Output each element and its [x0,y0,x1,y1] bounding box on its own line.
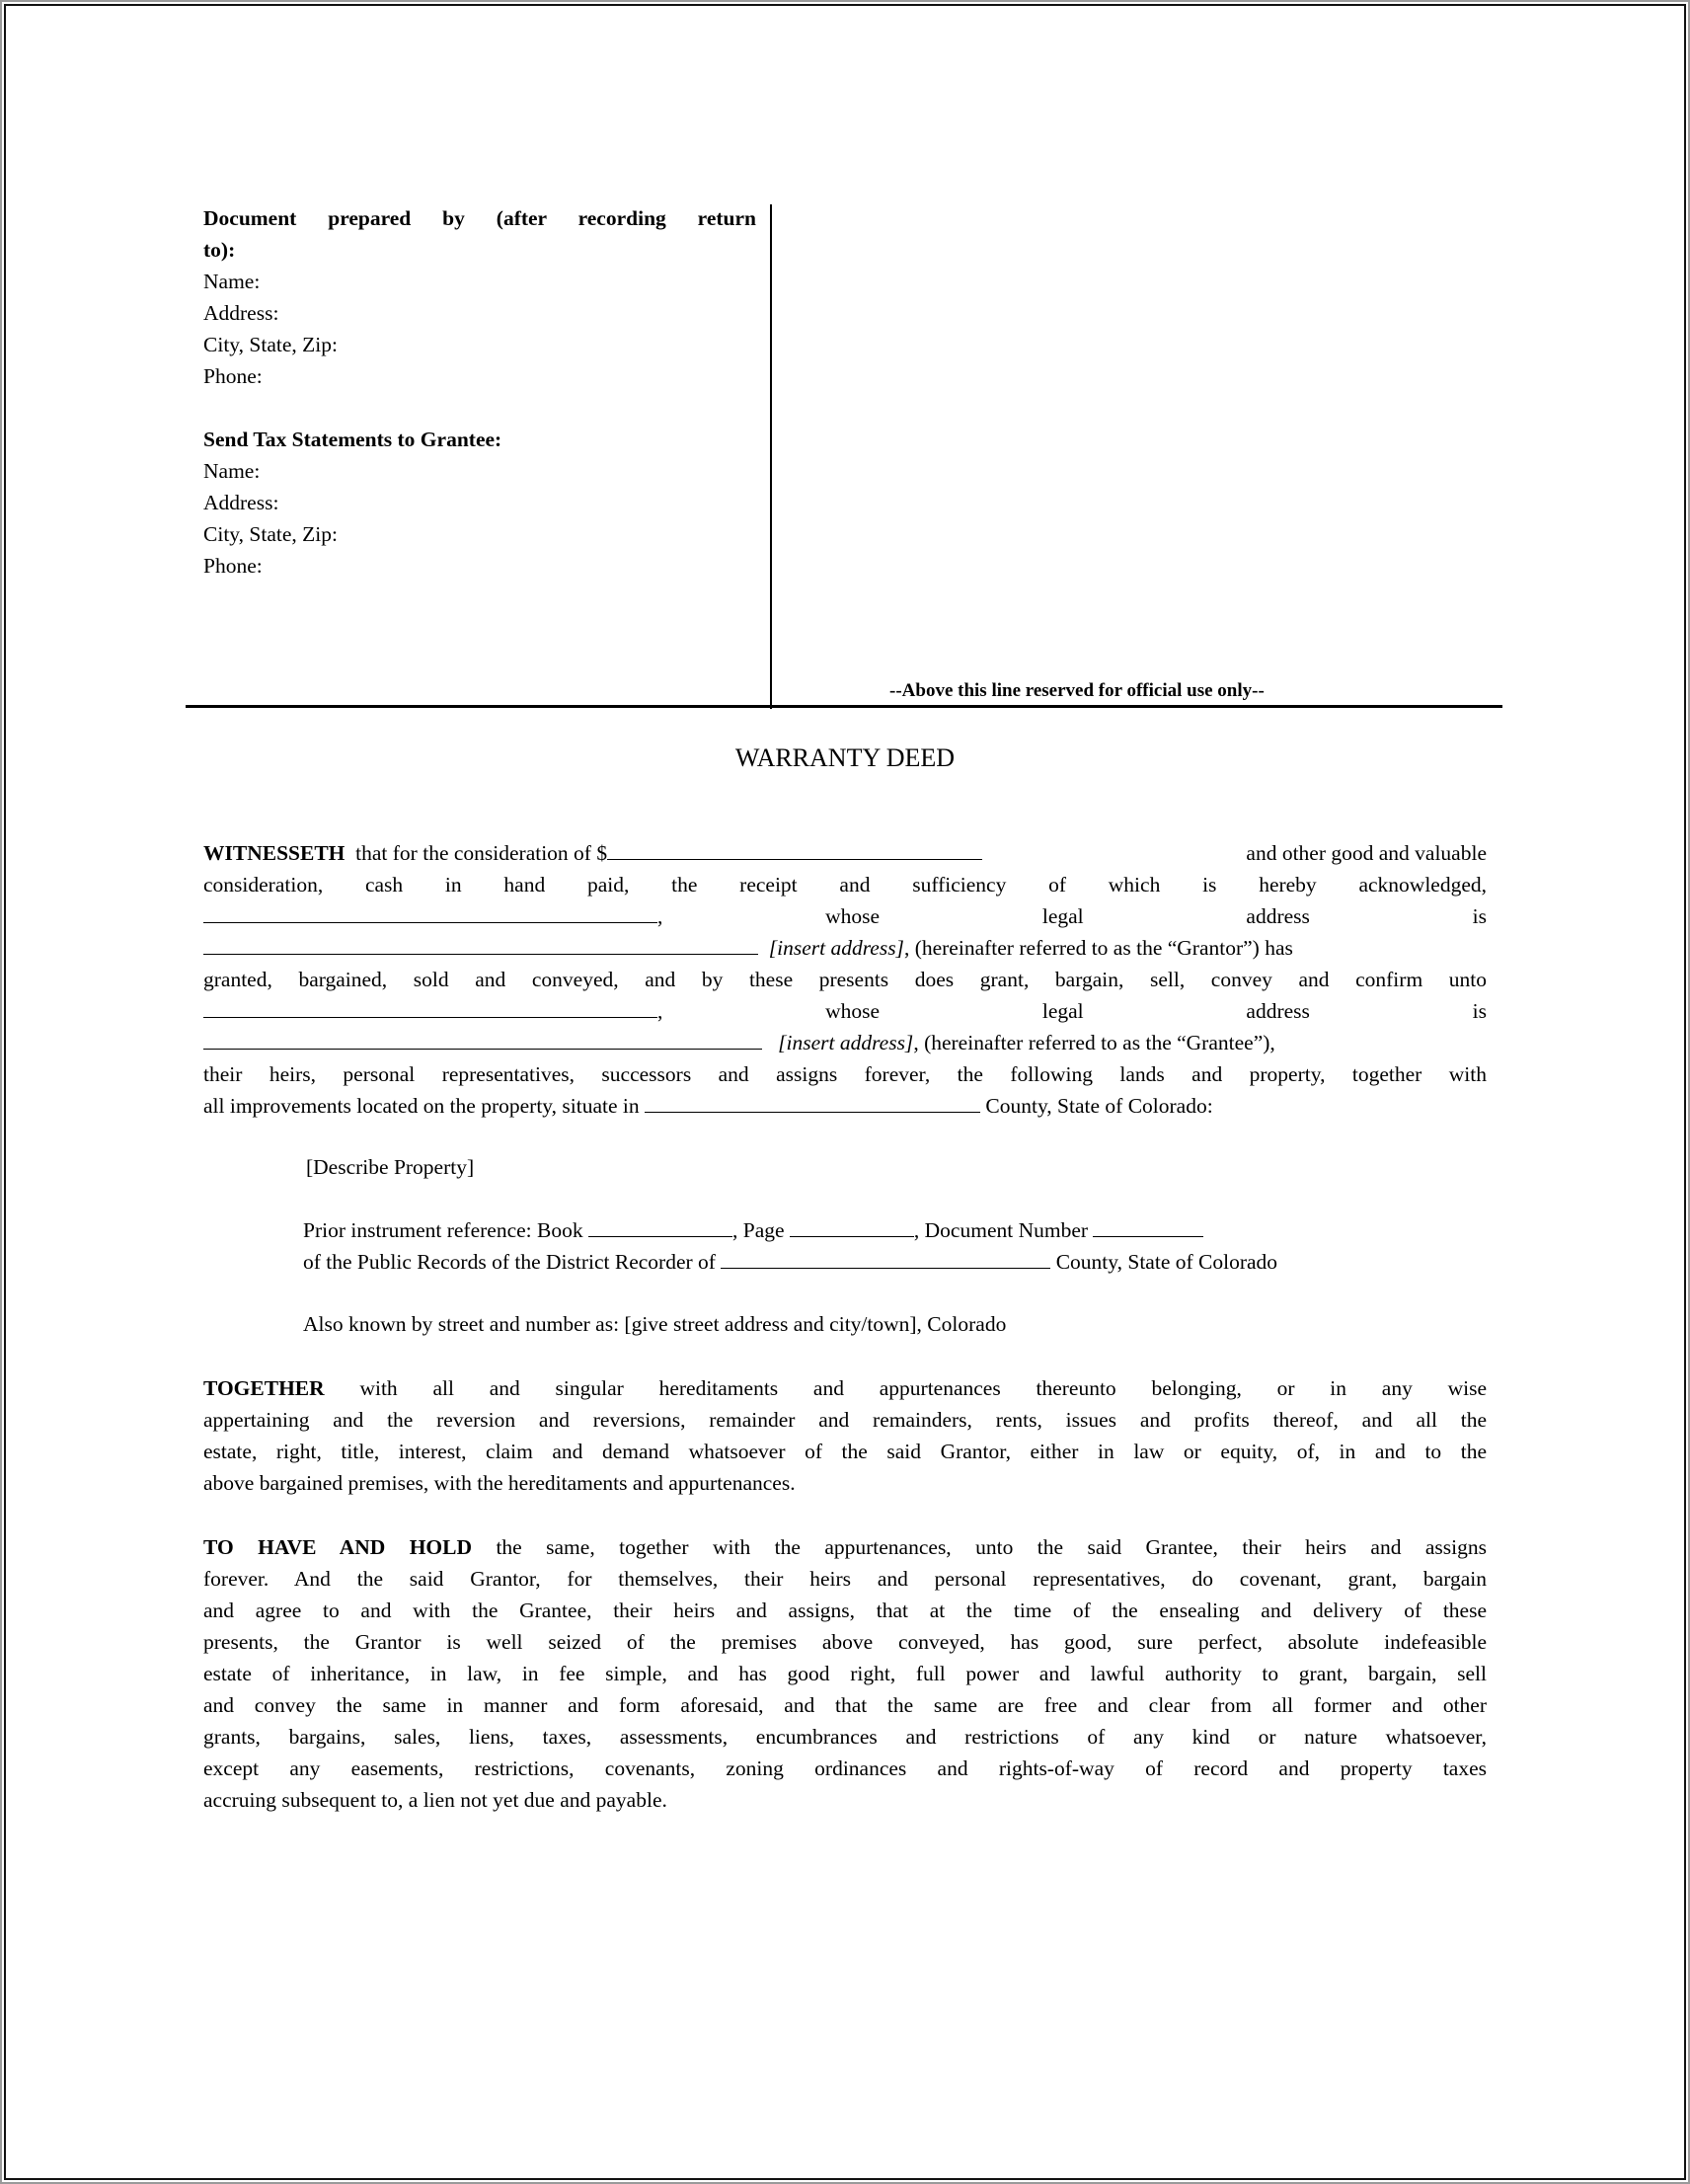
book-label: Prior instrument reference: Book [303,1218,583,1242]
habendum-line-4: presents, the Grantor is well seized of … [203,1626,1487,1658]
grantor-address-blank[interactable] [203,934,758,955]
book-blank[interactable] [588,1216,732,1237]
insert-address-placeholder: [insert address] [769,936,904,960]
page-label: , Page [732,1218,785,1242]
comma: , [657,999,662,1023]
spacer [203,392,756,424]
witnesseth-line-7: [insert address], (hereinafter referred … [203,1027,1487,1058]
grantee-address-blank[interactable] [203,1029,762,1050]
prepared-by-city-field[interactable]: City, State, Zip: [203,329,756,360]
county-state-label: County, State of Colorado: [985,1094,1212,1118]
word: legal [1042,900,1084,932]
header-vertical-divider [770,204,772,709]
habendum-line-9: accruing subsequent to, a lien not yet d… [203,1784,1487,1816]
tax-address-field[interactable]: Address: [203,487,756,518]
prepared-by-heading-cont: to): [203,234,756,266]
together-paragraph: TOGETHER with all and singular hereditam… [203,1372,1487,1499]
word: is [1473,995,1487,1027]
comma: , [657,904,662,928]
county-blank[interactable] [645,1092,980,1113]
document-number-label: , Document Number [914,1218,1088,1242]
tax-city-field[interactable]: City, State, Zip: [203,518,756,550]
tax-name-field[interactable]: Name: [203,455,756,487]
witnesseth-text: and other good and valuable [1246,837,1487,869]
word: is [1473,900,1487,932]
word: legal [1042,995,1084,1027]
tax-phone-field[interactable]: Phone: [203,550,756,582]
document-title: WARRANTY DEED [0,742,1690,774]
together-lead: TOGETHER [203,1376,325,1400]
witnesseth-line-3: , whose legal address is [203,900,1487,932]
public-records-label: of the Public Records of the District Re… [303,1250,716,1274]
together-line-1: TOGETHER with all and singular hereditam… [203,1372,1487,1404]
habendum-line-5: estate of inheritance, in law, in fee si… [203,1658,1487,1689]
county-state-label: County, State of Colorado [1056,1250,1277,1274]
insert-address-placeholder: [insert address] [778,1031,913,1054]
page-blank[interactable] [790,1216,914,1237]
situate-label: all improvements located on the property… [203,1094,640,1118]
witnesseth-line-5: granted, bargained, sold and conveyed, a… [203,964,1487,995]
together-line-4: above bargained premises, with the hered… [203,1467,1487,1499]
witnesseth-line-4: [insert address], (hereinafter referred … [203,932,1487,964]
habendum-line-6: and convey the same in manner and form a… [203,1689,1487,1721]
word: whose [825,995,880,1027]
together-line-2: appertaining and the reversion and rever… [203,1404,1487,1436]
word: address [1246,995,1309,1027]
official-use-note: --Above this line reserved for official … [889,679,1265,703]
habendum-line-1: TO HAVE AND HOLD the same, together with… [203,1531,1487,1563]
prepared-by-heading: Document prepared by (after recording re… [203,202,756,234]
also-known-as: Also known by street and number as: [giv… [303,1308,1498,1340]
word: whose [825,900,880,932]
word: address [1246,900,1309,932]
prepared-by-phone-field[interactable]: Phone: [203,360,756,392]
witnesseth-paragraph: WITNESSETH that for the consideration of… [203,837,1487,1122]
together-line-3: estate, right, title, interest, claim an… [203,1436,1487,1467]
witnesseth-line-6: , whose legal address is [203,995,1487,1027]
witnesseth-line-1: WITNESSETH that for the consideration of… [203,837,1487,869]
witnesseth-line-9: all improvements located on the property… [203,1090,1487,1122]
witnesseth-line-2: consideration, cash in hand paid, the re… [203,869,1487,900]
habendum-lead: TO HAVE AND HOLD [203,1535,472,1559]
habendum-paragraph: TO HAVE AND HOLD the same, together with… [203,1531,1487,1816]
return-address-block: Document prepared by (after recording re… [203,202,756,582]
prepared-by-name-field[interactable]: Name: [203,266,756,297]
grantee-name-blank[interactable] [203,997,657,1018]
together-text: with all and singular hereditaments and … [359,1376,1487,1400]
public-records-line: of the Public Records of the District Re… [303,1246,1498,1278]
habendum-line-2: forever. And the said Grantor, for thems… [203,1563,1487,1595]
habendum-line-7: grants, bargains, sales, liens, taxes, a… [203,1721,1487,1753]
consideration-amount-blank[interactable] [607,839,982,860]
document-number-blank[interactable] [1093,1216,1203,1237]
describe-property: [Describe Property] [306,1151,1500,1183]
prepared-by-address-field[interactable]: Address: [203,297,756,329]
tax-statements-heading: Send Tax Statements to Grantee: [203,424,756,455]
habendum-line-3: and agree to and with the Grantee, their… [203,1595,1487,1626]
recorder-county-blank[interactable] [721,1248,1050,1269]
witnesseth-line-8: their heirs, personal representatives, s… [203,1058,1487,1090]
prior-instrument-reference: Prior instrument reference: Book , Page … [303,1214,1498,1246]
habendum-line-8: except any easements, restrictions, cove… [203,1753,1487,1784]
consideration-label: that for the consideration of $ [355,841,607,865]
habendum-text: the same, together with the appurtenance… [496,1535,1487,1559]
grantor-name-blank[interactable] [203,902,657,923]
grantee-definition: , (hereinafter referred to as the “Grant… [913,1031,1274,1054]
grantor-definition: , (hereinafter referred to as the “Grant… [904,936,1293,960]
witnesseth-lead: WITNESSETH [203,841,345,865]
recording-line-rule [186,705,1502,708]
